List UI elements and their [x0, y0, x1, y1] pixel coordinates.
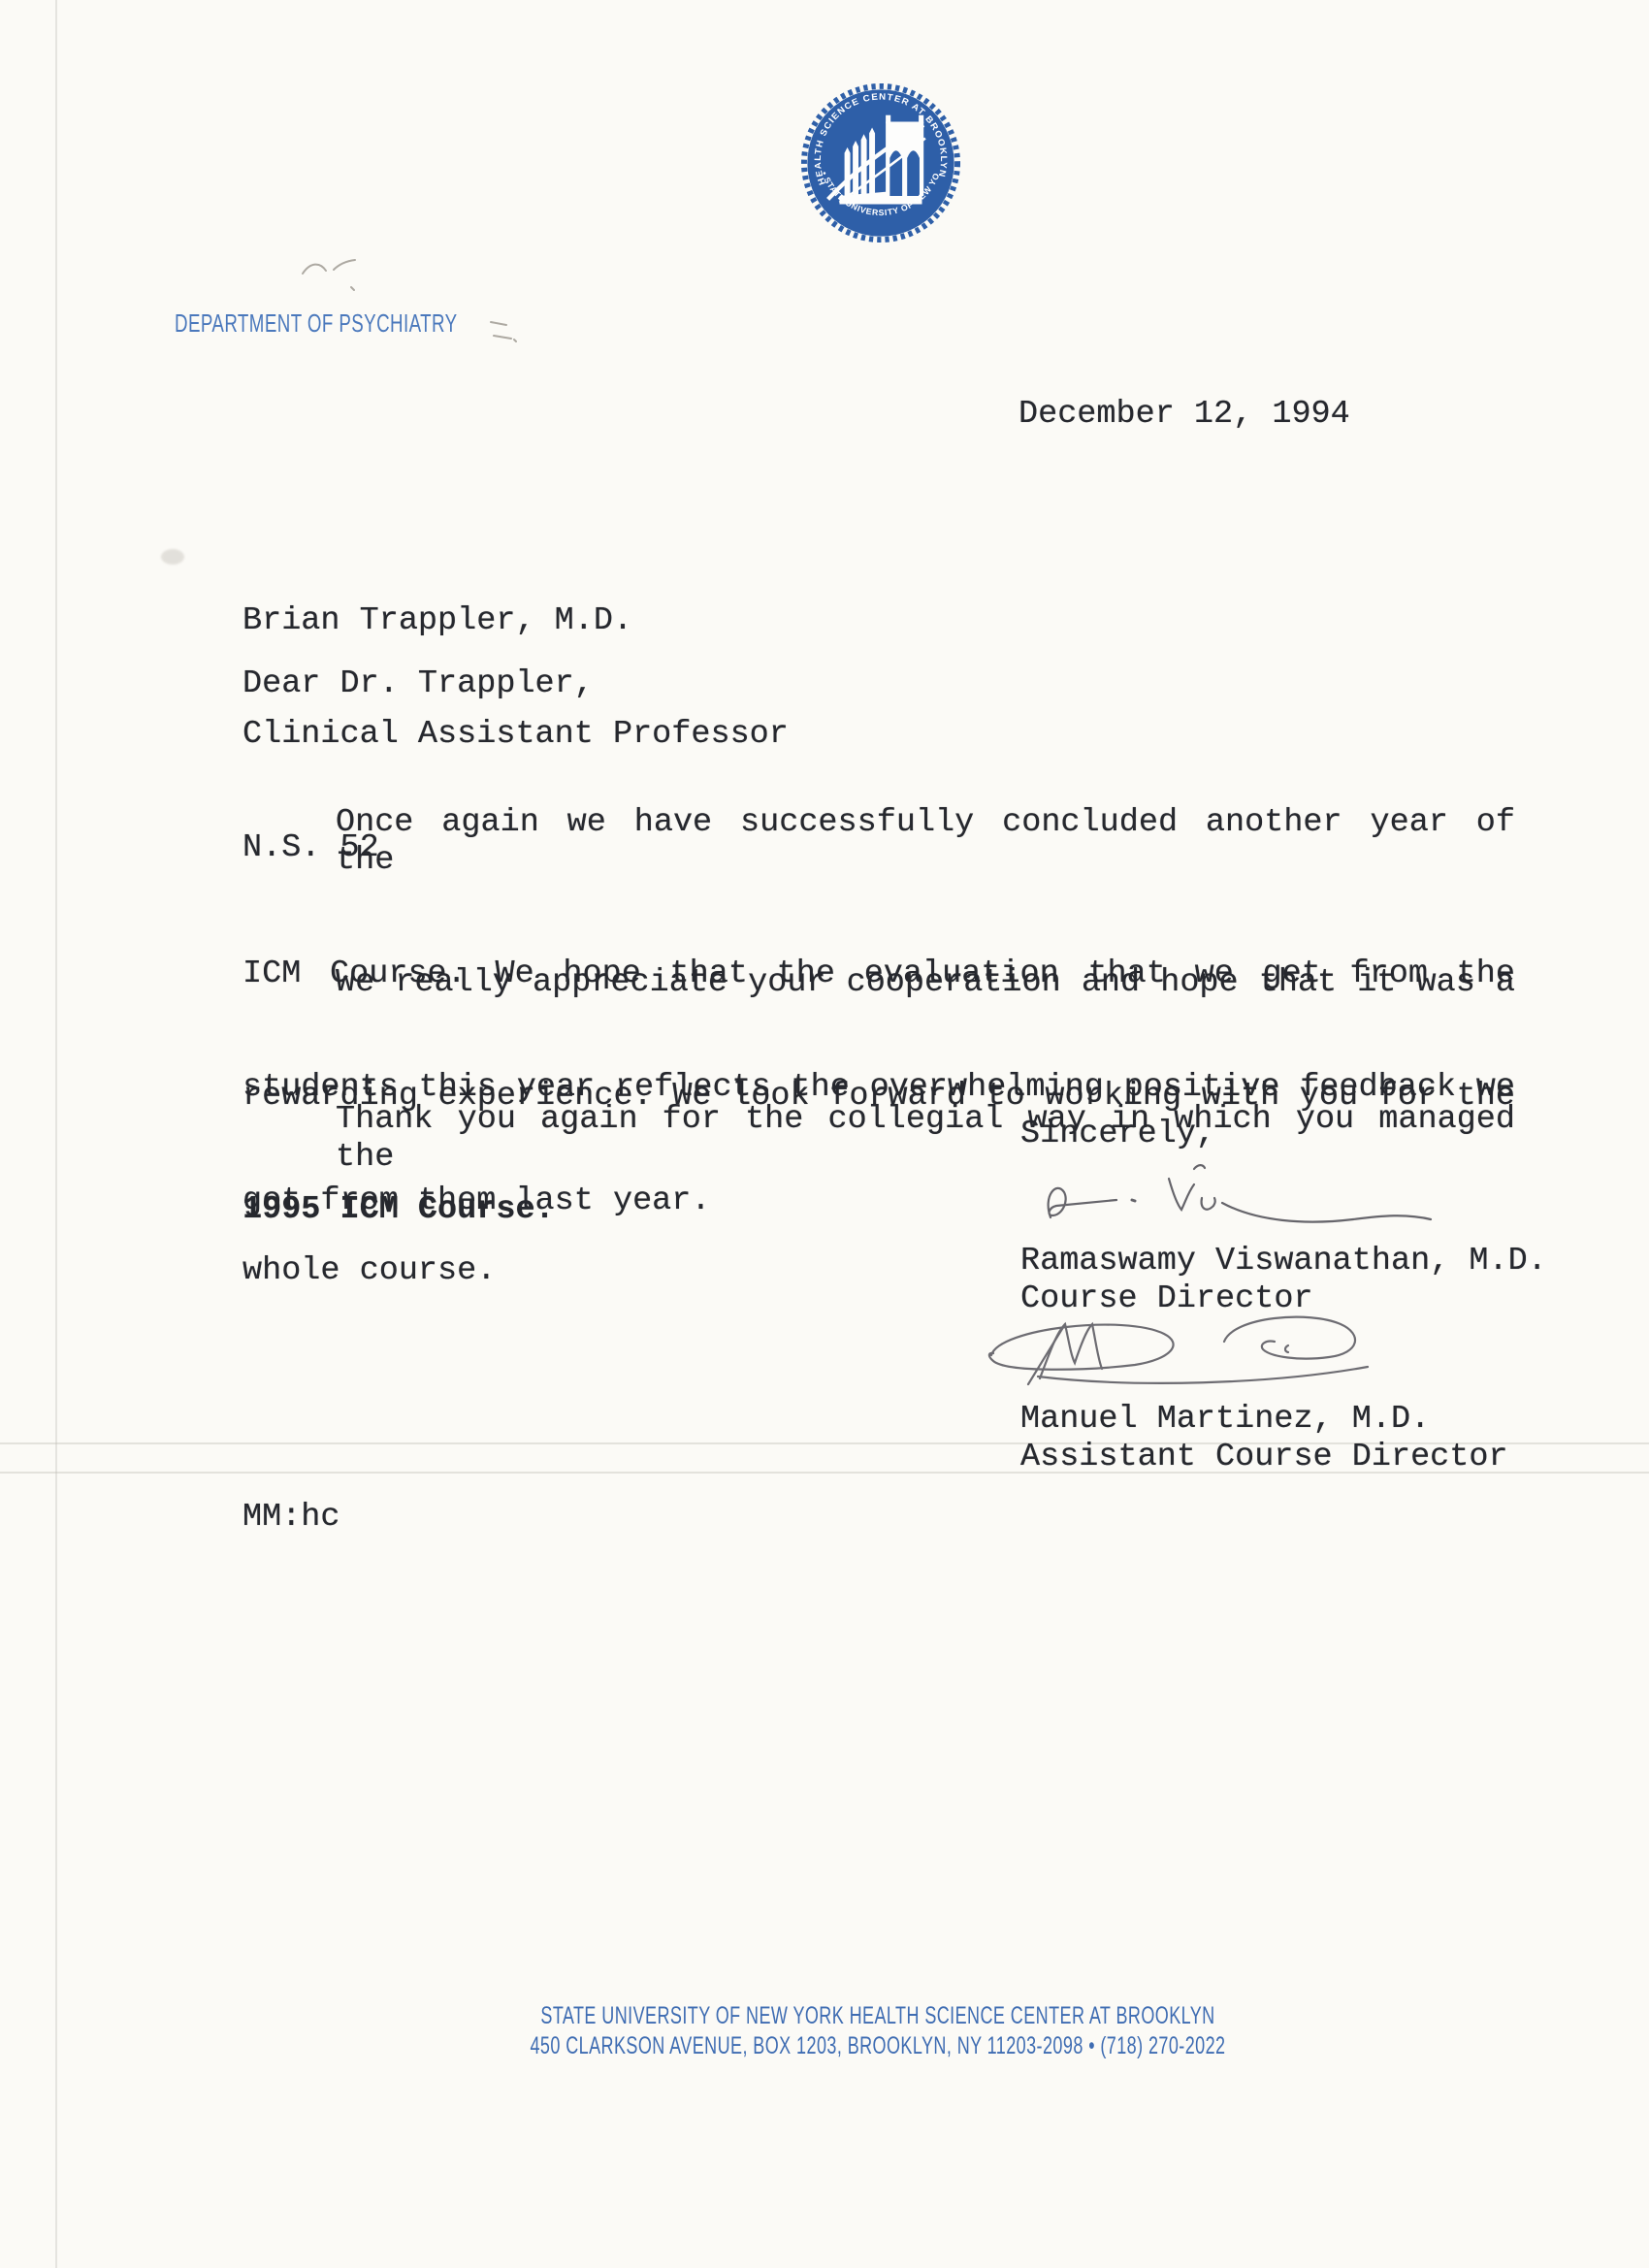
body-line: Once again we have successfully conclude… — [242, 804, 1515, 880]
footer-address-line: 450 CLARKSON AVENUE, BOX 1203, BROOKLYN,… — [319, 2031, 1437, 2061]
letter-date: December 12, 1994 — [1018, 396, 1350, 434]
pencil-smudge — [161, 549, 184, 565]
salutation: Dear Dr. Trappler, — [242, 665, 594, 703]
pencil-marks — [97, 233, 698, 369]
body-line: We really appreciate your cooperation an… — [242, 964, 1515, 1002]
signature-viswanathan — [1023, 1157, 1440, 1254]
footer-letterhead: STATE UNIVERSITY OF NEW YORK HEALTH SCIE… — [319, 2001, 1437, 2061]
signature-martinez — [980, 1309, 1397, 1406]
department-name: DEPARTMENT OF PSYCHIATRY — [175, 308, 458, 339]
letter-page: HEALTH SCIENCE CENTER AT BROOKLYN • STAT… — [0, 0, 1649, 2268]
reference-initials: MM:hc — [242, 1499, 340, 1537]
footer-institution-line: STATE UNIVERSITY OF NEW YORK HEALTH SCIE… — [319, 2001, 1437, 2031]
signer1-name: Ramaswamy Viswanathan, M.D. — [1020, 1243, 1547, 1280]
page-fold-line — [55, 0, 57, 2268]
university-seal-logo: HEALTH SCIENCE CENTER AT BROOKLYN • STAT… — [798, 81, 963, 245]
signer2-name: Manuel Martinez, M.D. — [1020, 1401, 1430, 1439]
valediction: Sincerely, — [1020, 1116, 1215, 1153]
signer2-title: Assistant Course Director — [1020, 1439, 1508, 1476]
recipient-name: Brian Trappler, M.D. — [242, 602, 789, 640]
